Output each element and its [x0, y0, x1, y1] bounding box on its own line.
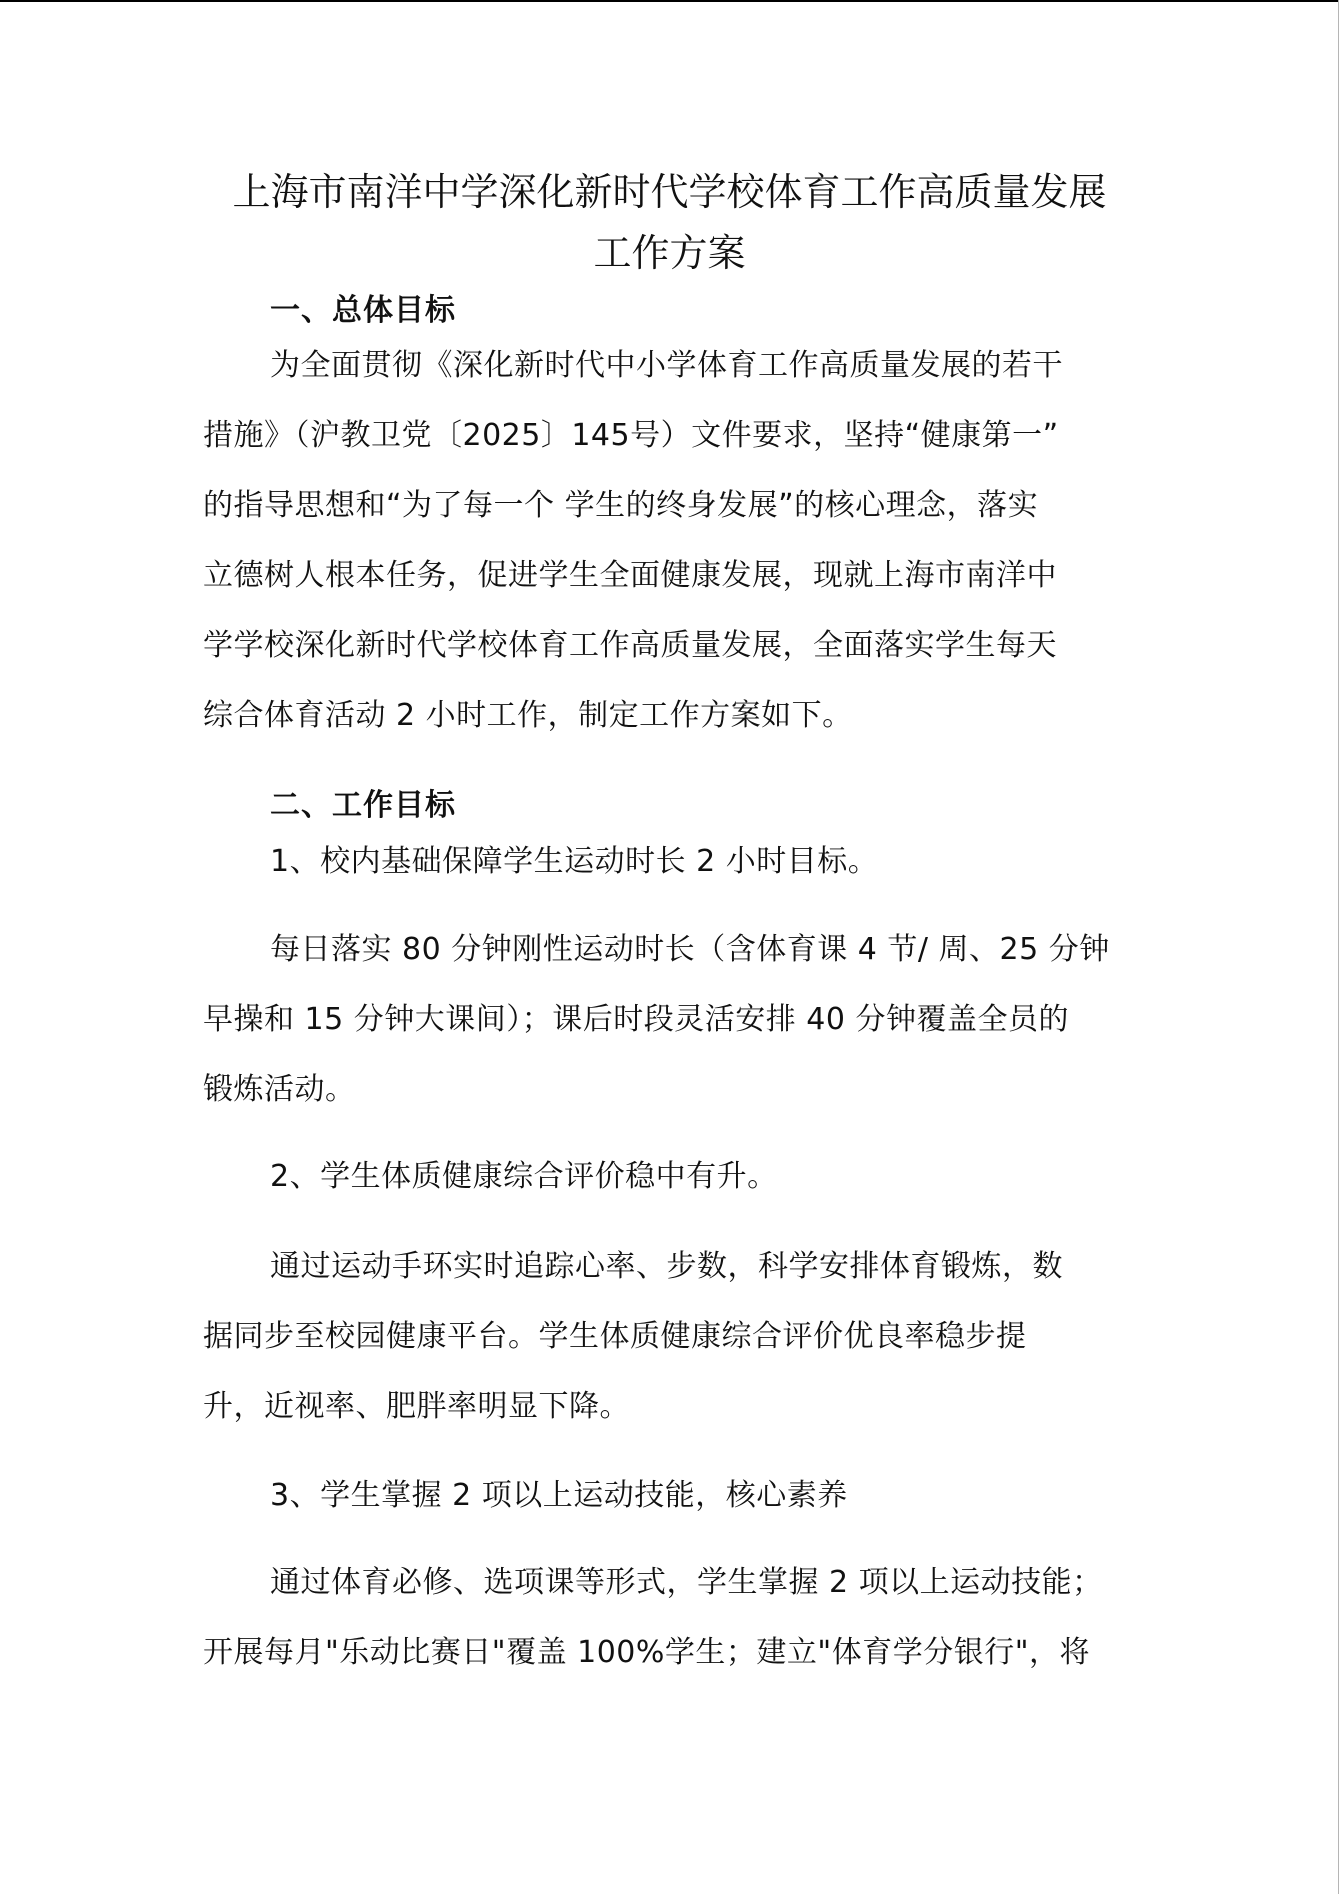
paragraph-line: 通过运动手环实时追踪心率、步数，科学安排体育锻炼，数: [270, 1247, 1063, 1287]
paragraph-line: 为全面贯彻《深化新时代中小学体育工作高质量发展的若干: [270, 346, 1063, 386]
document-page: 上海市南洋中学深化新时代学校体育工作高质量发展 工作方案 一、总体目标 为全面贯…: [0, 0, 1339, 1894]
document-title-line-2: 工作方案: [0, 229, 1339, 277]
goal-item-title-1: 1、校内基础保障学生运动时长 2 小时目标。: [270, 842, 878, 882]
paragraph-line: 综合体育活动 2 小时工作，制定工作方案如下。: [203, 696, 853, 736]
goal-item-title-3: 3、学生掌握 2 项以上运动技能，核心素养: [270, 1476, 848, 1516]
paragraph-line: 措施》（沪教卫党〔2025〕145号）文件要求，坚持“健康第一”: [203, 416, 1059, 456]
goal-item-title-2: 2、学生体质健康综合评价稳中有升。: [270, 1157, 778, 1197]
paragraph-line: 开展每月"乐动比赛日"覆盖 100%学生；建立"体育学分银行"，将: [203, 1633, 1090, 1673]
paragraph-line: 锻炼活动。: [203, 1070, 356, 1110]
paragraph-line: 升，近视率、肥胖率明显下降。: [203, 1387, 630, 1427]
section-heading-overall-goal: 一、总体目标: [270, 291, 456, 331]
section-heading-work-goals: 二、工作目标: [270, 786, 456, 826]
document-title-line-1: 上海市南洋中学深化新时代学校体育工作高质量发展: [0, 168, 1339, 216]
paragraph-line: 立德树人根本任务，促进学生全面健康发展，现就上海市南洋中: [203, 556, 1057, 596]
paragraph-line: 早操和 15 分钟大课间）；课后时段灵活安排 40 分钟覆盖全员的: [203, 1000, 1069, 1040]
paragraph-line: 学学校深化新时代学校体育工作高质量发展，全面落实学生每天: [203, 626, 1057, 666]
paragraph-line: 每日落实 80 分钟刚性运动时长（含体育课 4 节/ 周、25 分钟: [270, 930, 1110, 970]
paragraph-line: 通过体育必修、选项课等形式，学生掌握 2 项以上运动技能；: [270, 1563, 1103, 1603]
paragraph-line: 据同步至校园健康平台。学生体质健康综合评价优良率稳步提: [203, 1317, 1027, 1357]
paragraph-line: 的指导思想和“为了每一个 学生的终身发展”的核心理念，落实: [203, 486, 1038, 526]
